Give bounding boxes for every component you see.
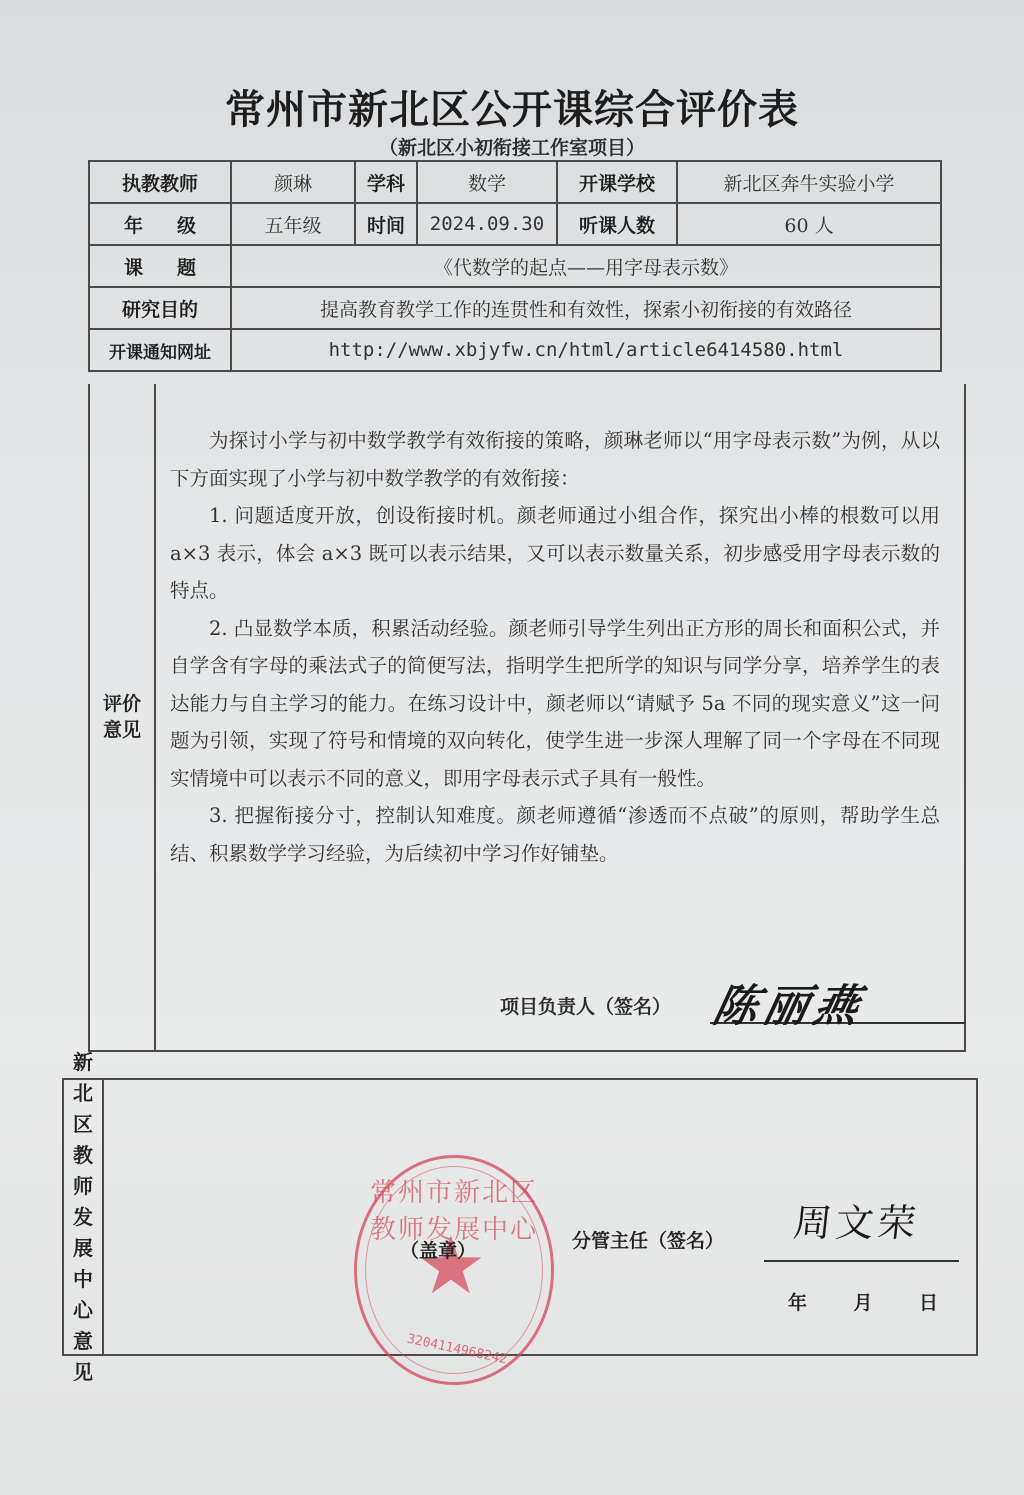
info-table: 执教教师 颜琳 学科 数学 开课学校 新北区奔牛实验小学 年级 五年级 时间 2… bbox=[88, 160, 942, 372]
stamp-label: （盖章） bbox=[400, 1236, 476, 1263]
audience-label: 听课人数 bbox=[557, 203, 677, 245]
evaluation-label-cell: 评价意见 bbox=[90, 384, 156, 1050]
time-label: 时间 bbox=[355, 203, 417, 245]
center-opinion-label-cell: 新北区教师发展中心意见 bbox=[64, 1080, 104, 1354]
project-lead-label: 项目负责人（签名） bbox=[500, 996, 671, 1018]
date-month: 月 bbox=[853, 1288, 872, 1315]
evaluation-point-2: 2. 凸显数学本质，积累活动经验。颜老师引导学生列出正方形的周长和面积公式，并自… bbox=[170, 610, 940, 798]
project-lead-signature-row: 项目负责人（签名） 陈丽燕 bbox=[500, 992, 940, 1026]
center-opinion-section: 新北区教师发展中心意见 常州市新北区教师发展中心 ★ 3204114968242… bbox=[62, 1078, 978, 1356]
table-row: 研究目的 提高教育教学工作的连贯性和有效性，探索小初衔接的有效路径 bbox=[89, 287, 941, 329]
url-label: 开课通知网址 bbox=[89, 329, 231, 371]
teacher-label: 执教教师 bbox=[89, 161, 231, 203]
director-signature-line bbox=[764, 1260, 959, 1262]
evaluation-point-1: 1. 问题适度开放，创设衔接时机。颜老师通过小组合作，探究出小棒的根数可以用 a… bbox=[170, 497, 940, 610]
audience-value: 60 人 bbox=[677, 203, 941, 245]
document-subtitle: （新北区小初衔接工作室项目） bbox=[0, 133, 1024, 160]
table-row: 课题 《代数学的起点——用字母表示数》 bbox=[89, 245, 941, 287]
center-opinion-label: 新北区教师发展中心意见 bbox=[64, 1047, 102, 1388]
evaluation-point-3: 3. 把握衔接分寸，控制认知难度。颜老师遵循“渗透而不点破”的原则，帮助学生总结… bbox=[170, 797, 940, 872]
date-row: 年 月 日 bbox=[788, 1288, 938, 1315]
director-label: 分管主任（签名） bbox=[572, 1226, 724, 1253]
url-value: http://www.xbjyfw.cn/html/article6414580… bbox=[231, 329, 941, 371]
topic-label: 课题 bbox=[89, 245, 231, 287]
evaluation-label: 评价意见 bbox=[102, 691, 142, 743]
director-signature: 周文荣 bbox=[791, 1192, 923, 1247]
official-seal: 常州市新北区教师发展中心 ★ 3204114968242 bbox=[354, 1155, 554, 1385]
school-label: 开课学校 bbox=[557, 161, 677, 203]
grade-value: 五年级 bbox=[231, 203, 355, 245]
evaluation-section: 评价意见 为探讨小学与初中数学教学有效衔接的策略，颜琳老师以“用字母表示数”为例… bbox=[88, 384, 966, 1052]
table-row: 年级 五年级 时间 2024.09.30 听课人数 60 人 bbox=[89, 203, 941, 245]
date-day: 日 bbox=[919, 1288, 938, 1315]
table-row: 开课通知网址 http://www.xbjyfw.cn/html/article… bbox=[89, 329, 941, 371]
evaluation-body: 为探讨小学与初中数学教学有效衔接的策略，颜琳老师以“用字母表示数”为例，从以下方… bbox=[170, 422, 940, 872]
topic-value: 《代数学的起点——用字母表示数》 bbox=[231, 245, 941, 287]
teacher-value: 颜琳 bbox=[231, 161, 355, 203]
purpose-label: 研究目的 bbox=[89, 287, 231, 329]
document-title: 常州市新北区公开课综合评价表 bbox=[0, 78, 1024, 135]
grade-label: 年级 bbox=[89, 203, 231, 245]
time-value: 2024.09.30 bbox=[417, 203, 557, 245]
purpose-value: 提高教育教学工作的连贯性和有效性，探索小初衔接的有效路径 bbox=[231, 287, 941, 329]
date-year: 年 bbox=[788, 1288, 807, 1315]
evaluation-form-page: 常州市新北区公开课综合评价表 （新北区小初衔接工作室项目） 执教教师 颜琳 学科… bbox=[0, 0, 1024, 1495]
school-value: 新北区奔牛实验小学 bbox=[677, 161, 941, 203]
subject-label: 学科 bbox=[355, 161, 417, 203]
table-row: 执教教师 颜琳 学科 数学 开课学校 新北区奔牛实验小学 bbox=[89, 161, 941, 203]
project-lead-signature: 陈丽燕 bbox=[708, 970, 872, 1034]
subject-value: 数学 bbox=[417, 161, 557, 203]
evaluation-intro: 为探讨小学与初中数学教学有效衔接的策略，颜琳老师以“用字母表示数”为例，从以下方… bbox=[170, 422, 940, 497]
